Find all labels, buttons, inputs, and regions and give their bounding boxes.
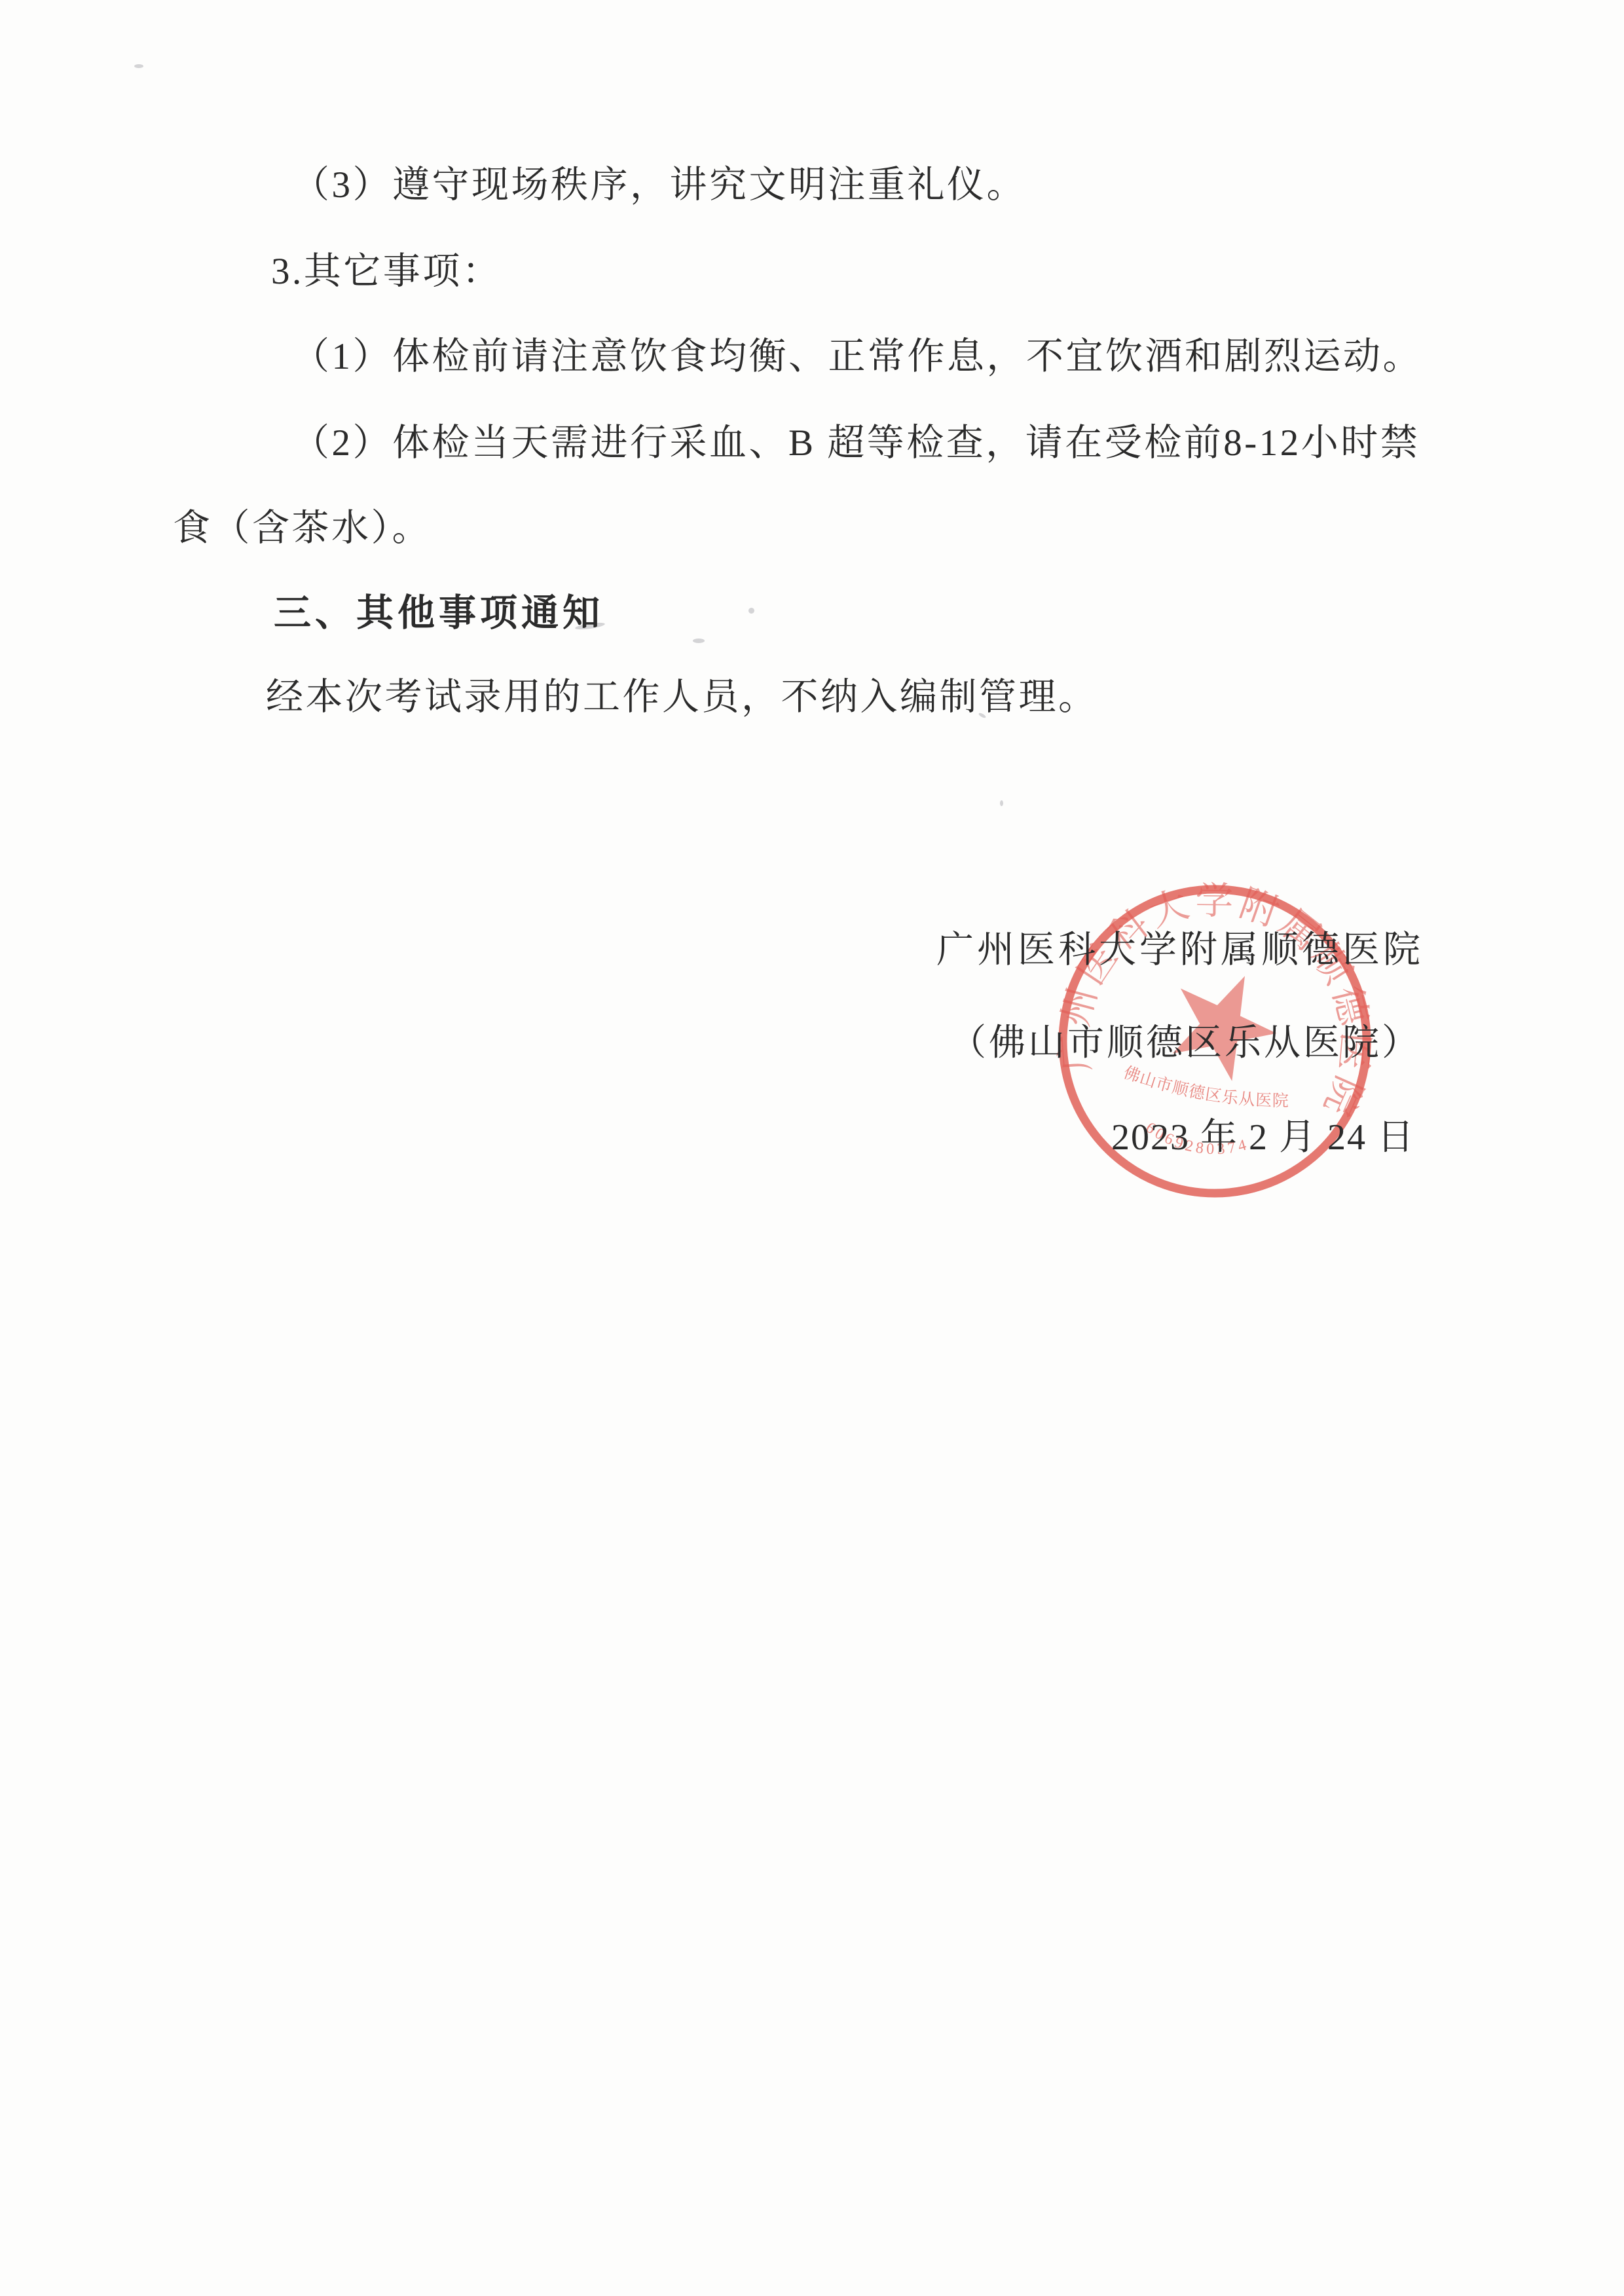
paragraph-line: （2）体检当天需进行采血、B 超等检查，请在受检前8-12小时禁: [292, 423, 1420, 464]
document-page: 广州医科大学附属顺德医院 （佛山市顺德区乐从医院） 6069280374 （3）…: [0, 0, 1624, 2296]
paragraph-line: （3）遵守现场秩序，讲究文明注重礼仪。: [292, 165, 1026, 206]
signature-org-name: 广州医科大学附属顺德医院: [936, 930, 1424, 971]
paragraph-line: （1）体检前请注意饮食均衡、正常作息，不宜饮酒和剧烈运动。: [292, 337, 1422, 377]
paragraph-line: 食（含茶水）。: [173, 508, 432, 549]
section-heading: 三、其他事项通知: [274, 593, 604, 634]
signature-org-subname: （佛山市顺德区乐从医院）: [950, 1023, 1421, 1064]
text-layer: （3）遵守现场秩序，讲究文明注重礼仪。 3.其它事项： （1）体检前请注意饮食均…: [0, 0, 1624, 2296]
signature-date: 2023 年 2 月 24 日: [1111, 1117, 1415, 1158]
paragraph-line: 经本次考试录用的工作人员，不纳入编制管理。: [266, 677, 1098, 718]
paragraph-line: 3.其它事项：: [271, 251, 502, 292]
